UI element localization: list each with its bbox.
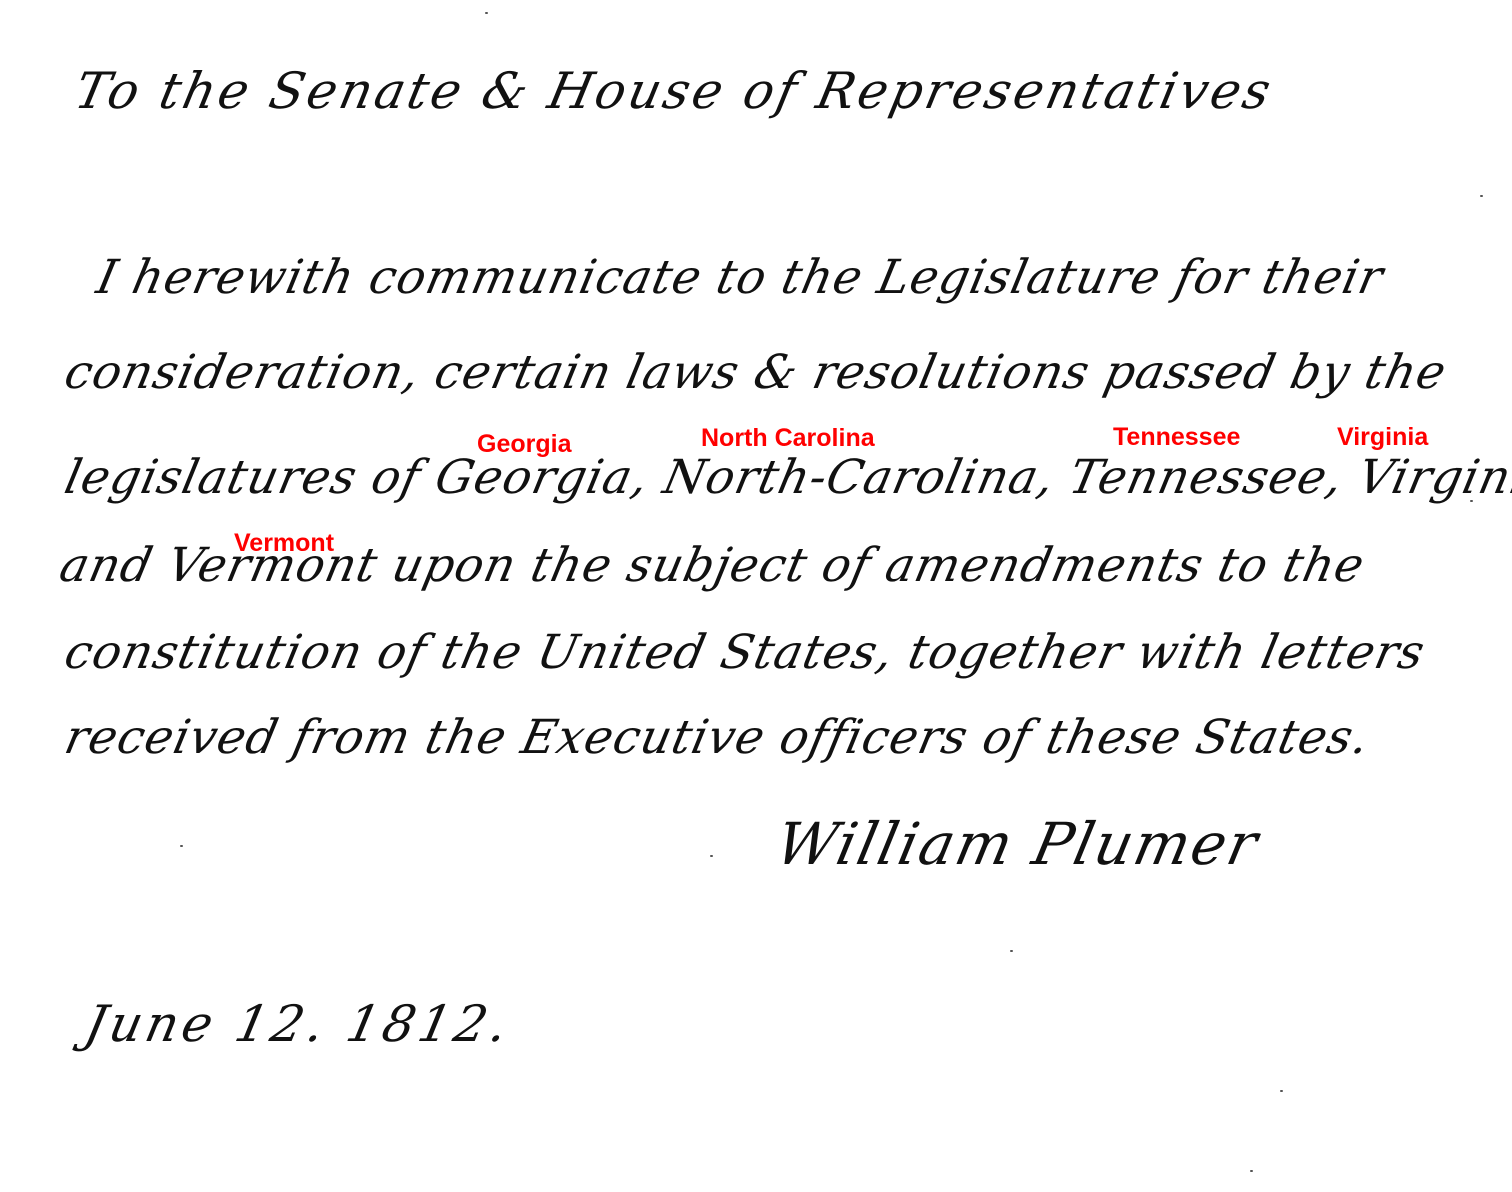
body-line-1: I herewith communicate to the Legislatur… <box>92 250 1389 305</box>
date-line: June 12. 1812. <box>80 995 517 1053</box>
label-virginia: Virginia <box>1337 423 1428 452</box>
speck <box>180 845 183 847</box>
body-line-3: legislatures of Georgia, North-Carolina,… <box>60 450 1512 505</box>
label-tennessee: Tennessee <box>1113 423 1240 452</box>
speck <box>1470 500 1473 502</box>
body-line-6: received from the Executive officers of … <box>60 710 1375 765</box>
salutation: To the Senate & House of Representatives <box>70 62 1279 120</box>
label-georgia: Georgia <box>477 430 571 459</box>
speck <box>1280 1090 1283 1092</box>
speck <box>1010 950 1013 952</box>
speck <box>1250 1170 1253 1172</box>
speck <box>1480 195 1483 197</box>
body-line-2: consideration, certain laws & resolution… <box>60 345 1452 400</box>
label-north-carolina: North Carolina <box>701 424 875 453</box>
speck <box>710 855 713 857</box>
signature: William Plumer <box>770 810 1265 878</box>
label-vermont: Vermont <box>234 529 334 558</box>
speck <box>485 12 488 14</box>
body-line-5: constitution of the United States, toget… <box>60 625 1430 680</box>
